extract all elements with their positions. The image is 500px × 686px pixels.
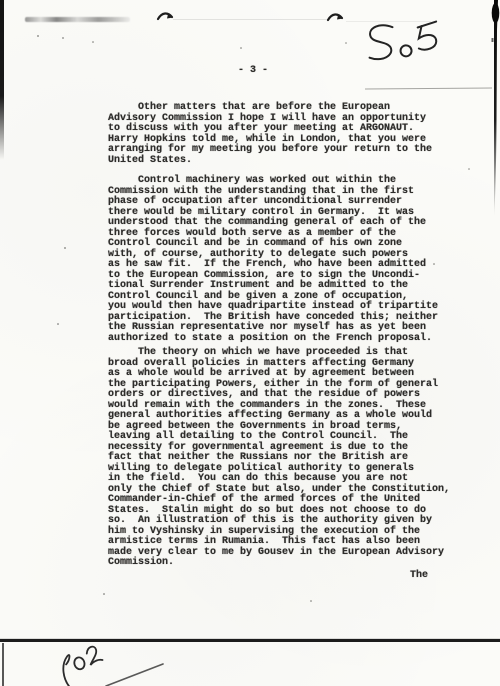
catchword: The	[410, 571, 428, 582]
scan-speck	[240, 47, 242, 49]
ink-flick-mark-right	[326, 11, 344, 23]
pencil-slash-mark	[100, 655, 170, 686]
scan-speck	[310, 600, 312, 602]
scan-speck	[57, 323, 59, 325]
handwriting-s05	[358, 16, 450, 67]
scan-speck	[64, 247, 66, 249]
scan-speck	[345, 42, 347, 44]
paragraph-2: Control machinery was worked out within …	[108, 176, 438, 344]
scan-edge-artifact-left	[0, 0, 4, 160]
scanned-document-page: - 3 - Other matters that are before the …	[0, 0, 500, 686]
paragraph-1: Other matters that are before the Europe…	[108, 103, 432, 166]
scan-speck	[468, 168, 470, 170]
page-number: - 3 -	[238, 66, 268, 77]
scan-speck	[92, 41, 94, 43]
faint-underline-top-right	[365, 87, 492, 89]
scan-speck	[433, 263, 435, 265]
bottom-left-vertical-rule	[2, 643, 4, 686]
scan-speck	[103, 593, 105, 595]
ink-flick-mark-left	[156, 10, 174, 22]
scan-speck	[37, 35, 39, 37]
faint-scan-line-top	[173, 19, 328, 20]
paragraph-3: The theory on which we have proceeded is…	[108, 348, 450, 569]
scan-edge-artifact-right	[486, 0, 500, 222]
scan-smudge-top-left	[25, 17, 130, 22]
scan-speck	[62, 37, 64, 39]
